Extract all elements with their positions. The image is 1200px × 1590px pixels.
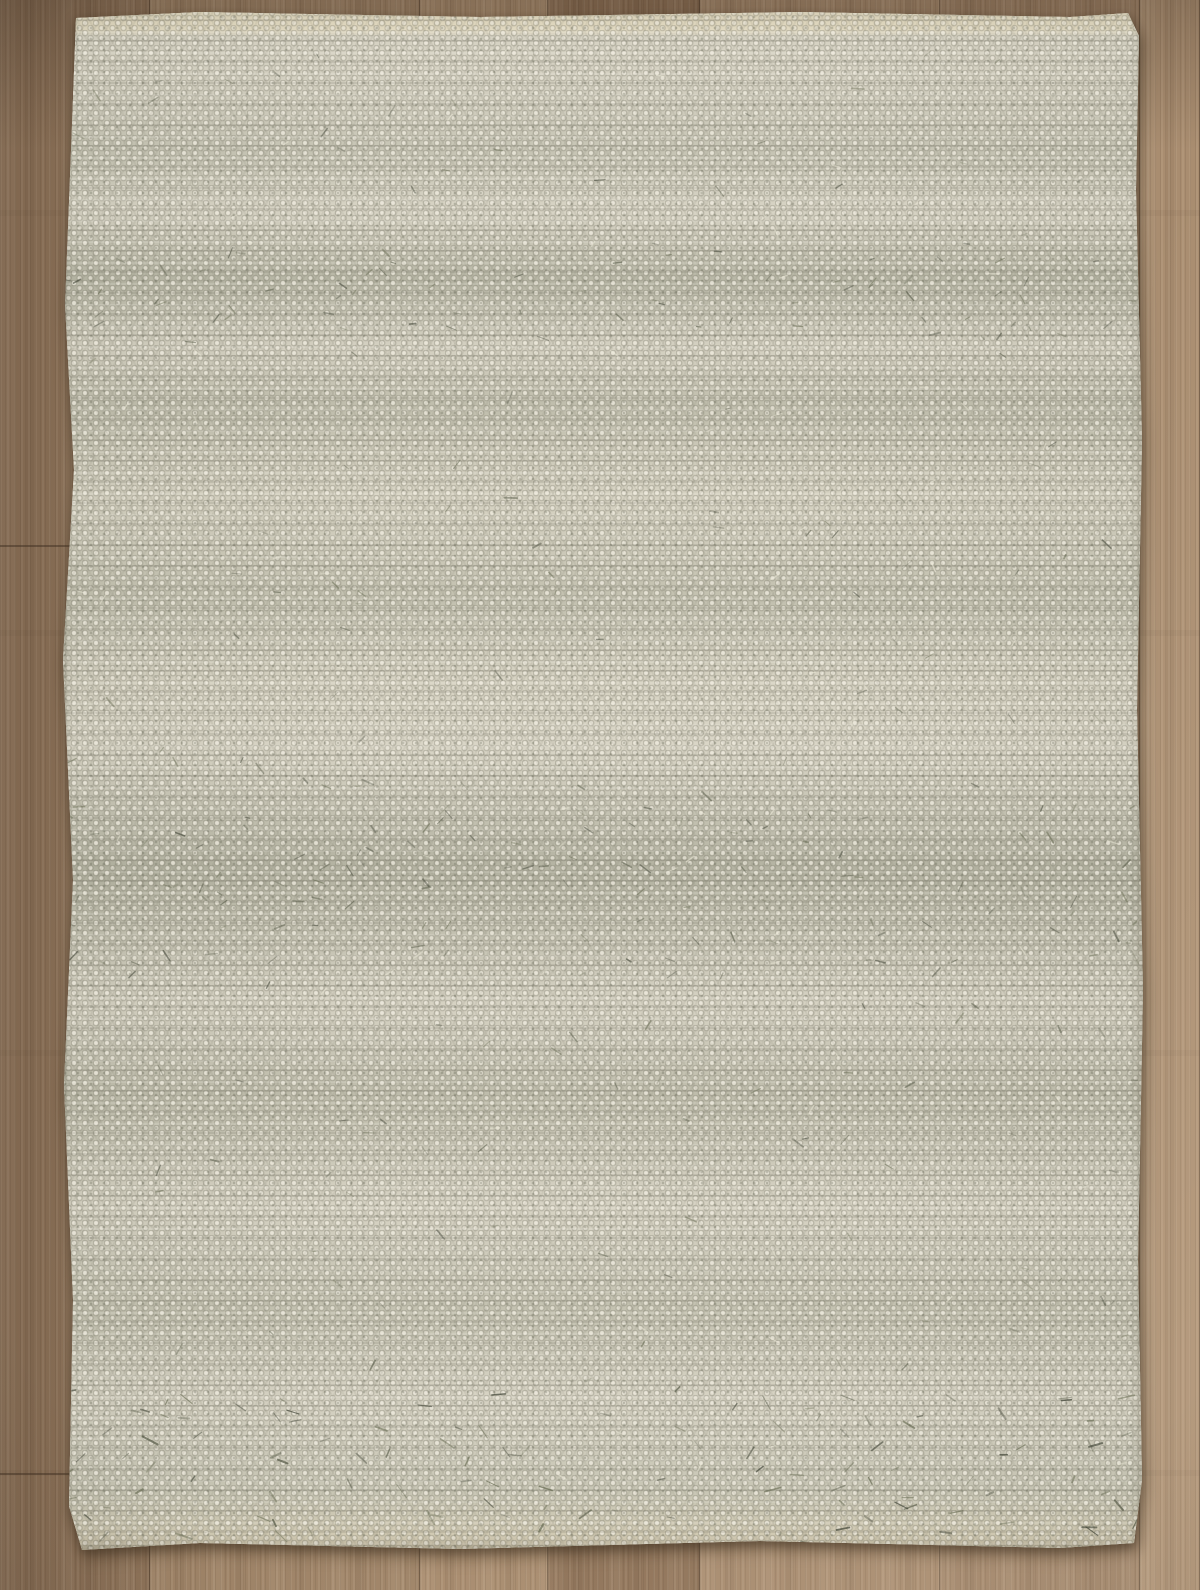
product-photo (0, 0, 1200, 1590)
rug (60, 10, 1144, 1552)
rug-edge-binding (60, 10, 1144, 1552)
rug-shadow (0, 0, 1200, 1590)
